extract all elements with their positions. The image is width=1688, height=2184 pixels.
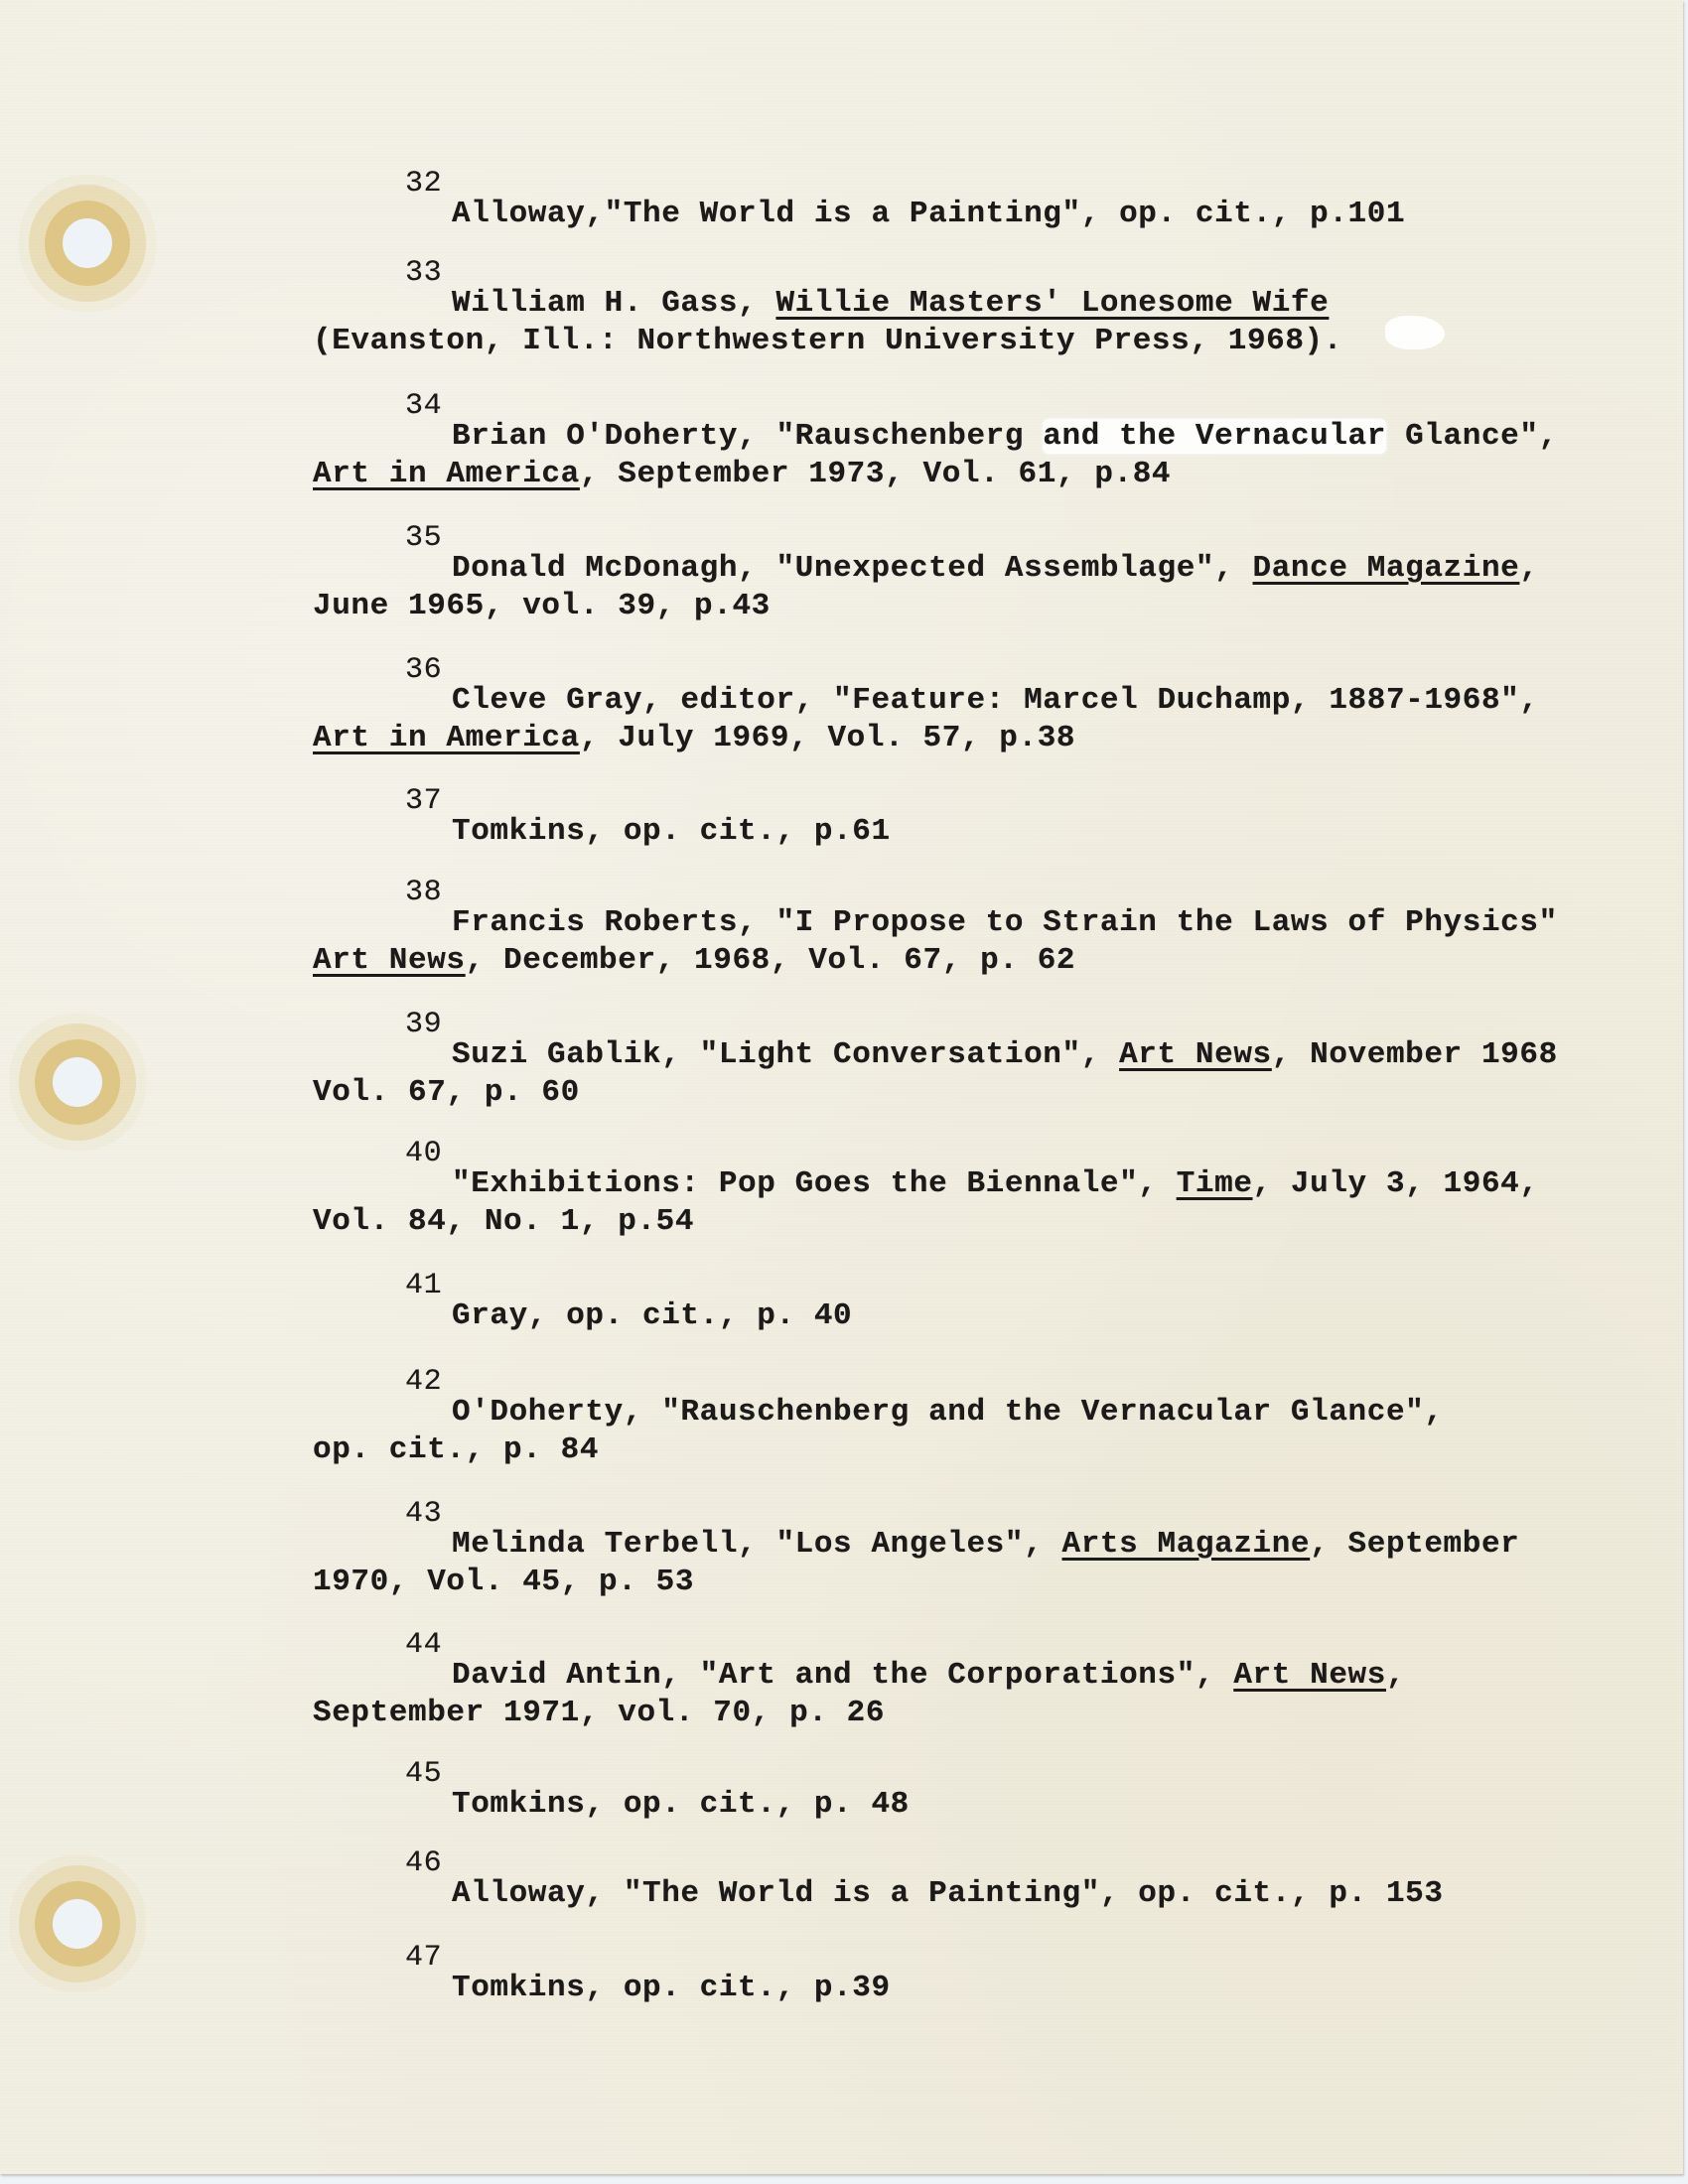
citation-text: (Evanston, Ill.: Northwestern University… [313,324,1342,358]
footnote-number: 38 [405,876,442,909]
footnote-text: Brian O'Doherty, "Rauschenberg and the V… [452,419,1558,454]
citation-text: Alloway,"The World is a Painting", op. c… [452,197,1405,231]
citation-text: Melinda Terbell, "Los Angeles", [452,1527,1062,1562]
footnote-number: 37 [405,784,442,818]
citation-text: , December, 1968, Vol. 67, p. 62 [466,943,1076,978]
footnote-continuation: June 1965, vol. 39, p.43 [313,589,771,623]
footnote-continuation: September 1971, vol. 70, p. 26 [313,1696,885,1730]
publication-title: Arts Magazine [1062,1527,1311,1562]
citation-text: and the Vernacular [1043,419,1386,454]
citation-text: op. cit., p. 84 [313,1433,599,1467]
publication-title: Willie Masters' Lonesome Wife [775,286,1329,321]
footnote-continuation: Art in America, September 1973, Vol. 61,… [313,457,1171,491]
citation-text: Cleve Gray, editor, "Feature: Marcel Duc… [452,683,1539,718]
citation-text: Brian O'Doherty, "Rauschenberg [452,419,1043,454]
footnote-text: Cleve Gray, editor, "Feature: Marcel Duc… [452,683,1539,718]
citation-text: 1970, Vol. 45, p. 53 [313,1565,694,1599]
citation-text: , July 3, 1964, [1253,1166,1539,1201]
footnote-continuation: 1970, Vol. 45, p. 53 [313,1565,694,1599]
publication-title: Art in America [313,457,580,491]
footnote-number: 45 [405,1757,442,1791]
citation-text: Tomkins, op. cit., p.39 [452,1971,891,2005]
footnote-continuation: Art in America, July 1969, Vol. 57, p.38 [313,721,1075,755]
citation-text: Vol. 84, No. 1, p.54 [313,1204,694,1239]
footnote-number: 47 [405,1941,442,1975]
citation-text: , November 1968 [1272,1037,1558,1072]
citation-text: "Exhibitions: Pop Goes the Biennale", [452,1166,1177,1201]
footnote-text: Melinda Terbell, "Los Angeles", Arts Mag… [452,1527,1519,1562]
footnote-number: 42 [405,1365,442,1399]
citation-text: September 1971, vol. 70, p. 26 [313,1696,885,1730]
footnotes-list: 32Alloway,"The World is a Painting", op.… [0,0,1688,2184]
publication-title: Art in America [313,721,580,755]
citation-text: Gray, op. cit., p. 40 [452,1298,852,1333]
footnote-text: Alloway,"The World is a Painting", op. c… [452,197,1405,231]
footnote-text: Gray, op. cit., p. 40 [452,1298,852,1333]
citation-text: Suzi Gablik, "Light Conversation", [452,1037,1119,1072]
citation-text: , [1519,551,1538,586]
footnote-continuation: Vol. 67, p. 60 [313,1075,580,1110]
footnote-text: Alloway, "The World is a Painting", op. … [452,1876,1444,1911]
footnote-continuation: Vol. 84, No. 1, p.54 [313,1204,694,1239]
footnote-number: 41 [405,1269,442,1302]
footnote-number: 44 [405,1628,442,1662]
citation-text: Francis Roberts, "I Propose to Strain th… [452,905,1558,940]
citation-text: Alloway, "The World is a Painting", op. … [452,1876,1444,1911]
footnote-number: 34 [405,389,442,423]
footnote-continuation: op. cit., p. 84 [313,1433,599,1467]
citation-text: Vol. 67, p. 60 [313,1075,580,1110]
citation-text: Tomkins, op. cit., p. 48 [452,1787,910,1822]
publication-title: Art News [313,943,466,978]
footnote-number: 39 [405,1008,442,1041]
footnote-text: Suzi Gablik, "Light Conversation", Art N… [452,1037,1558,1072]
footnote-text: Tomkins, op. cit., p.39 [452,1971,891,2005]
footnote-number: 40 [405,1137,442,1170]
footnote-text: Donald McDonagh, "Unexpected Assemblage"… [452,551,1539,586]
footnote-text: Francis Roberts, "I Propose to Strain th… [452,905,1558,940]
footnote-continuation: Art News, December, 1968, Vol. 67, p. 62 [313,943,1075,978]
footnote-text: David Antin, "Art and the Corporations",… [452,1658,1405,1693]
publication-title: Dance Magazine [1253,551,1520,586]
footnote-text: Tomkins, op. cit., p. 48 [452,1787,910,1822]
publication-title: Art News [1233,1658,1386,1693]
citation-text: June 1965, vol. 39, p.43 [313,589,771,623]
footnote-text: O'Doherty, "Rauschenberg and the Vernacu… [452,1395,1444,1430]
footnote-number: 33 [405,256,442,290]
citation-text: Glance", [1386,419,1558,454]
citation-text: David Antin, "Art and the Corporations", [452,1658,1233,1693]
publication-title: Time [1177,1166,1253,1201]
citation-text: Donald McDonagh, "Unexpected Assemblage"… [452,551,1253,586]
footnote-text: William H. Gass, Willie Masters' Lonesom… [452,286,1329,321]
footnote-number: 43 [405,1497,442,1531]
publication-title: Art News [1119,1037,1272,1072]
citation-text: , [1386,1658,1405,1693]
footnote-continuation: (Evanston, Ill.: Northwestern University… [313,324,1342,358]
footnote-number: 35 [405,521,442,555]
citation-text: O'Doherty, "Rauschenberg and the Vernacu… [452,1395,1444,1430]
citation-text: , September [1310,1527,1519,1562]
footnote-number: 32 [405,167,442,201]
citation-text: William H. Gass, [452,286,775,321]
footnote-number: 46 [405,1846,442,1880]
footnote-text: "Exhibitions: Pop Goes the Biennale", Ti… [452,1166,1539,1201]
citation-text: , September 1973, Vol. 61, p.84 [580,457,1171,491]
footnote-text: Tomkins, op. cit., p.61 [452,814,891,849]
footnote-number: 36 [405,653,442,687]
citation-text: , July 1969, Vol. 57, p.38 [580,721,1075,755]
citation-text: Tomkins, op. cit., p.61 [452,814,891,849]
